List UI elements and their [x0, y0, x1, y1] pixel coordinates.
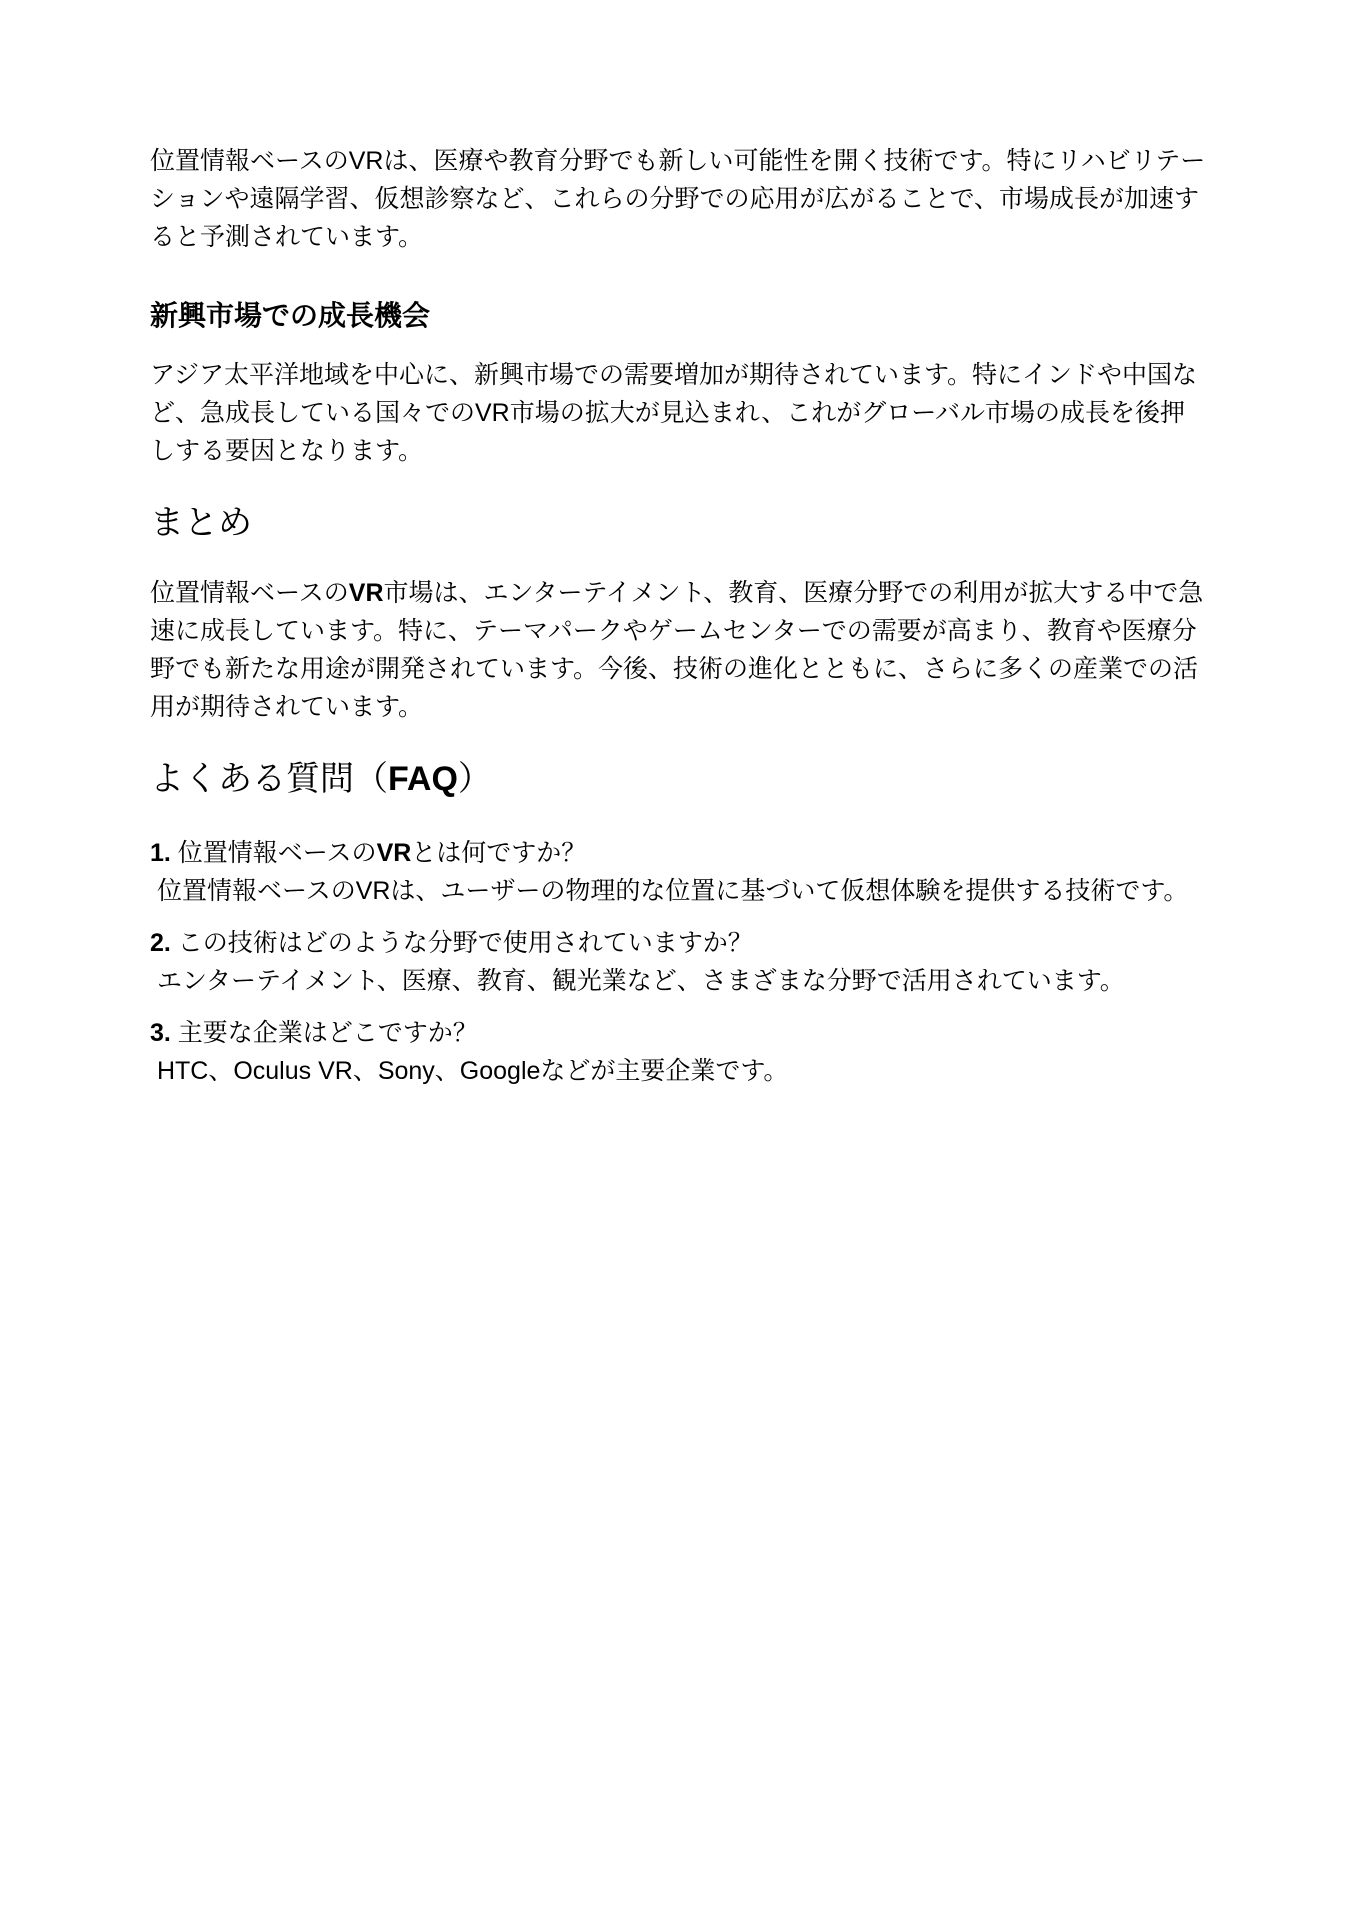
faq-item: 2. この技術はどのような分野で使用されていますか？ エンターテイメント、医療、…	[150, 924, 1206, 1000]
faq-question-2: 2. この技術はどのような分野で使用されていますか？	[150, 924, 1206, 962]
faq-answer-2: エンターテイメント、医療、教育、観光業など、さまざまな分野で活用されています。	[150, 962, 1206, 1000]
summary-paragraph: 位置情報ベースのVR市場は、エンターテイメント、教育、医療分野での利用が拡大する…	[150, 574, 1206, 726]
intro-paragraph: 位置情報ベースのVRは、医療や教育分野でも新しい可能性を開く技術です。特にリハビ…	[150, 142, 1206, 256]
faq-item: 3. 主要な企業はどこですか？ HTC、Oculus VR、Sony、Googl…	[150, 1014, 1206, 1090]
document-page: 位置情報ベースのVRは、医療や教育分野でも新しい可能性を開く技術です。特にリハビ…	[0, 0, 1360, 1920]
faq-question-1: 1. 位置情報ベースのVRとは何ですか？	[150, 834, 1206, 872]
faq-answer-3: HTC、Oculus VR、Sony、Googleなどが主要企業です。	[150, 1052, 1206, 1090]
faq-item: 1. 位置情報ベースのVRとは何ですか？ 位置情報ベースのVRは、ユーザーの物理…	[150, 834, 1206, 910]
faq-answer-1: 位置情報ベースのVRは、ユーザーの物理的な位置に基づいて仮想体験を提供する技術で…	[150, 872, 1206, 910]
summary-heading: まとめ	[150, 500, 1206, 546]
faq-list: 1. 位置情報ベースのVRとは何ですか？ 位置情報ベースのVRは、ユーザーの物理…	[150, 834, 1206, 1090]
emerging-markets-heading: 新興市場での成長機会	[150, 296, 1206, 336]
faq-heading: よくある質問（FAQ）	[150, 756, 1206, 802]
emerging-markets-paragraph: アジア太平洋地域を中心に、新興市場での需要増加が期待されています。特にインドや中…	[150, 356, 1206, 470]
faq-question-3: 3. 主要な企業はどこですか？	[150, 1014, 1206, 1052]
